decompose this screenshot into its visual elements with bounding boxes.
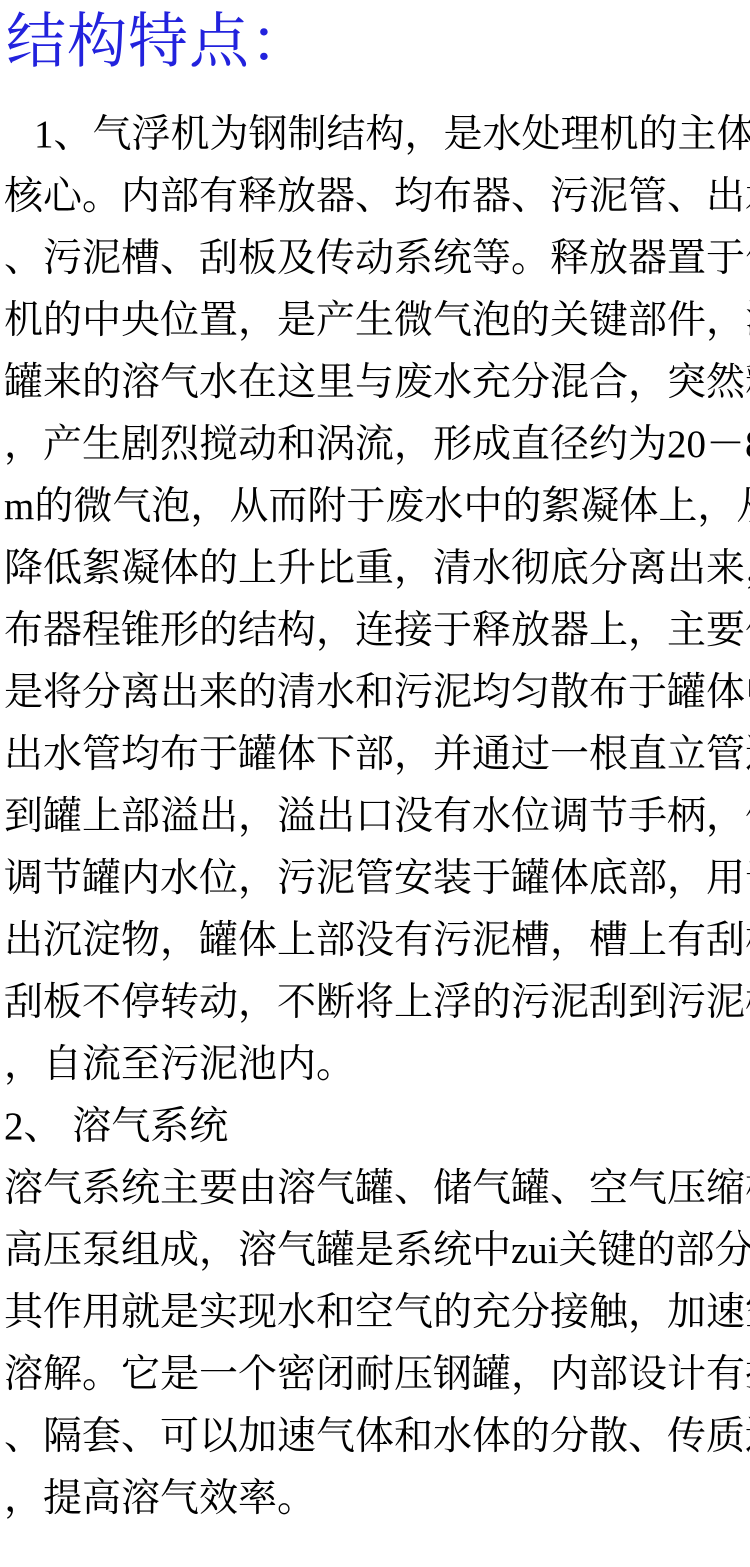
text-line: ，提高溶气效率。: [4, 1468, 750, 1530]
text-line: 刮板不停转动，不断将上浮的污泥刮到污泥槽内: [4, 972, 750, 1034]
text-line: 布器程锥形的结构，连接于释放器上，主要作用: [4, 600, 750, 662]
text-line: ，自流至污泥池内。: [4, 1034, 750, 1096]
text-line: 出水管均布于罐体下部，并通过一根直立管连接: [4, 724, 750, 786]
page-title: 结构特点：: [6, 6, 750, 78]
article-text: 1、气浮机为钢制结构，是水处理机的主体和 核心。内部有释放器、均布器、污泥管、出…: [0, 104, 750, 1530]
text-line: 1、气浮机为钢制结构，是水处理机的主体和: [4, 104, 750, 166]
text-line: 出沉淀物，罐体上部没有污泥槽，槽上有刮板，: [4, 910, 750, 972]
text-line: 机的中央位置，是产生微气泡的关键部件，溶气: [4, 290, 750, 352]
text-line: 高压泵组成，溶气罐是系统中zui关键的部分，: [4, 1220, 750, 1282]
text-line: 溶解。它是一个密闭耐压钢罐，内部设计有挡板: [4, 1344, 750, 1406]
text-line: 罐来的溶气水在这里与废水充分混合，突然释放: [4, 352, 750, 414]
text-line: ，产生剧烈搅动和涡流，形成直径约为20－80u: [4, 414, 750, 476]
text-line: 降低絮凝体的上升比重，清水彻底分离出来，均: [4, 538, 750, 600]
text-line: 是将分离出来的清水和污泥均匀散布于罐体中，: [4, 662, 750, 724]
text-line: 、污泥槽、刮板及传动系统等。释放器置于气浮: [4, 228, 750, 290]
paragraph-2: 溶气系统主要由溶气罐、储气罐、空气压缩机、 高压泵组成，溶气罐是系统中zui关键…: [4, 1158, 750, 1530]
text-line: 到罐上部溢出，溢出口没有水位调节手柄，便于: [4, 786, 750, 848]
text-line: 调节罐内水位，污泥管安装于罐体底部，用于排: [4, 848, 750, 910]
text-line: 溶气系统主要由溶气罐、储气罐、空气压缩机、: [4, 1158, 750, 1220]
paragraph-1: 1、气浮机为钢制结构，是水处理机的主体和 核心。内部有释放器、均布器、污泥管、出…: [4, 104, 750, 1096]
text-line: 、隔套、可以加速气体和水体的分散、传质过程: [4, 1406, 750, 1468]
text-line: 其作用就是实现水和空气的充分接触，加速空气: [4, 1282, 750, 1344]
page: 结构特点： 1、气浮机为钢制结构，是水处理机的主体和 核心。内部有释放器、均布器…: [0, 0, 750, 1567]
text-line: m的微气泡，从而附于废水中的絮凝体上，从而: [4, 476, 750, 538]
section-heading-2: 2、 溶气系统: [4, 1096, 750, 1158]
text-line: 核心。内部有释放器、均布器、污泥管、出水管: [4, 166, 750, 228]
